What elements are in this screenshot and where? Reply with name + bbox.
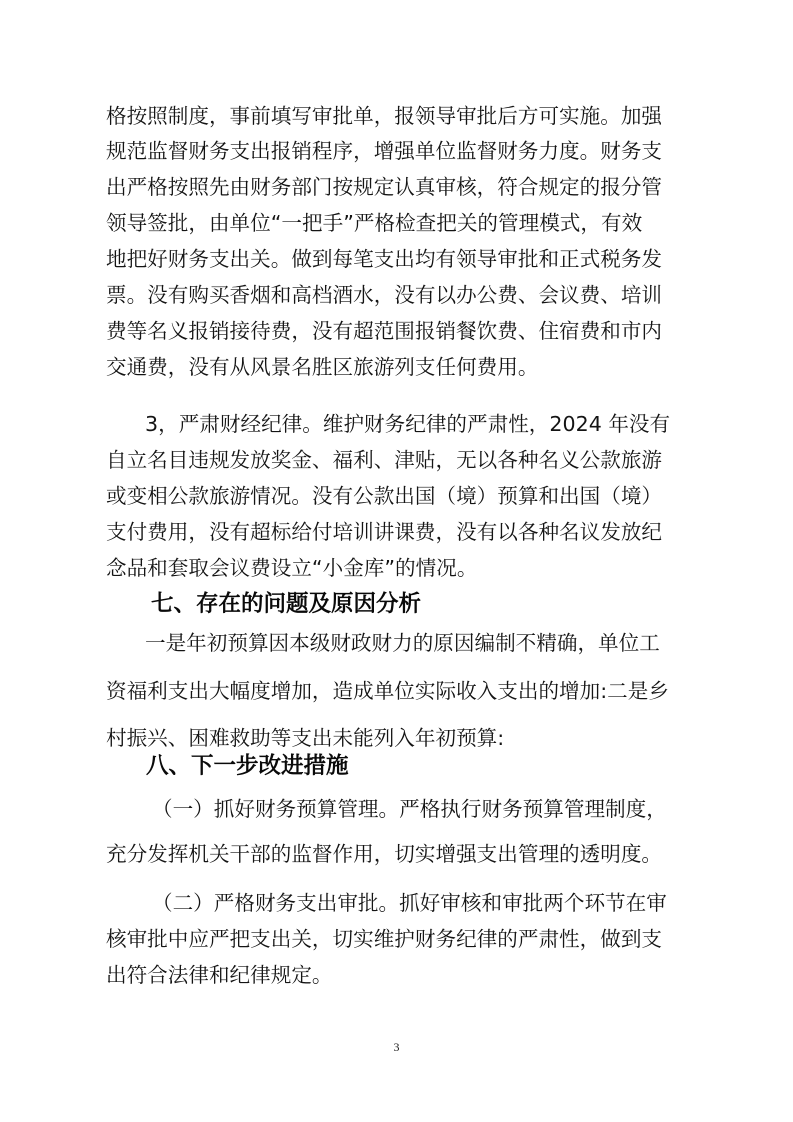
text-line: 出严格按照先由财务部门按规定认真审核，符合规定的报分管	[106, 172, 706, 202]
section-heading-improvements: 八、下一步改进措施	[146, 750, 349, 782]
text-line: 票。没有购买香烟和高档酒水，没有以办公费、会议费、培训	[106, 280, 706, 310]
text-line: 交通费，没有从风景名胜区旅游列支任何费用。	[106, 352, 706, 382]
text-line: 格按照制度，事前填写审批单，报领导审批后方可实施。加强	[106, 101, 706, 131]
text-line: 或变相公款旅游情况。没有公款出国（境）预算和出国（境）	[106, 481, 706, 511]
text-line: 出符合法律和纪律规定。	[106, 960, 706, 990]
text-line: 3，严肃财经纪律。维护财务纪律的严肃性，2024 年没有	[145, 409, 745, 439]
document-page: 格按照制度，事前填写审批单，报领导审批后方可实施。加强 规范监督财务支出报销程序…	[0, 0, 793, 1122]
text-line: 费等名义报销接待费，没有超范围报销餐饮费、住宿费和市内	[106, 316, 706, 346]
text-line: 充分发挥机关干部的监督作用，切实增强支出管理的透明度。	[106, 839, 706, 869]
page-number: 3	[0, 1040, 793, 1055]
text-line: （一）抓好财务预算管理。严格执行财务预算管理制度，	[152, 794, 752, 824]
text-line: 地把好财务支出关。做到每笔支出均有领导审批和正式税务发	[106, 244, 706, 274]
text-line: 规范监督财务支出报销程序，增强单位监督财务力度。财务支	[106, 136, 706, 166]
text-line: 自立名目违规发放奖金、福利、津贴，无以各种名义公款旅游	[106, 445, 706, 475]
text-line: 核审批中应严把支出关，切实维护财务纪律的严肃性，做到支	[106, 924, 706, 954]
text-line: 资福利支出大幅度增加，造成单位实际收入支出的增加:二是乡	[106, 676, 706, 706]
text-line: 念品和套取会议费设立“小金库”的情况。	[106, 553, 706, 583]
text-line: 支付费用，没有超标给付培训讲课费，没有以各种名议发放纪	[106, 517, 706, 547]
text-line: 一是年初预算因本级财政财力的原因编制不精确，单位工	[145, 628, 745, 658]
section-heading-problems: 七、存在的问题及原因分析	[151, 588, 421, 620]
text-line: （二）严格财务支出审批。抓好审核和审批两个环节在审	[152, 888, 752, 918]
text-line: 领导签批，由单位“一把手”严格检查把关的管理模式，有效	[106, 208, 706, 238]
text-line: 村振兴、困难救助等支出未能列入年初预算:	[106, 723, 706, 753]
